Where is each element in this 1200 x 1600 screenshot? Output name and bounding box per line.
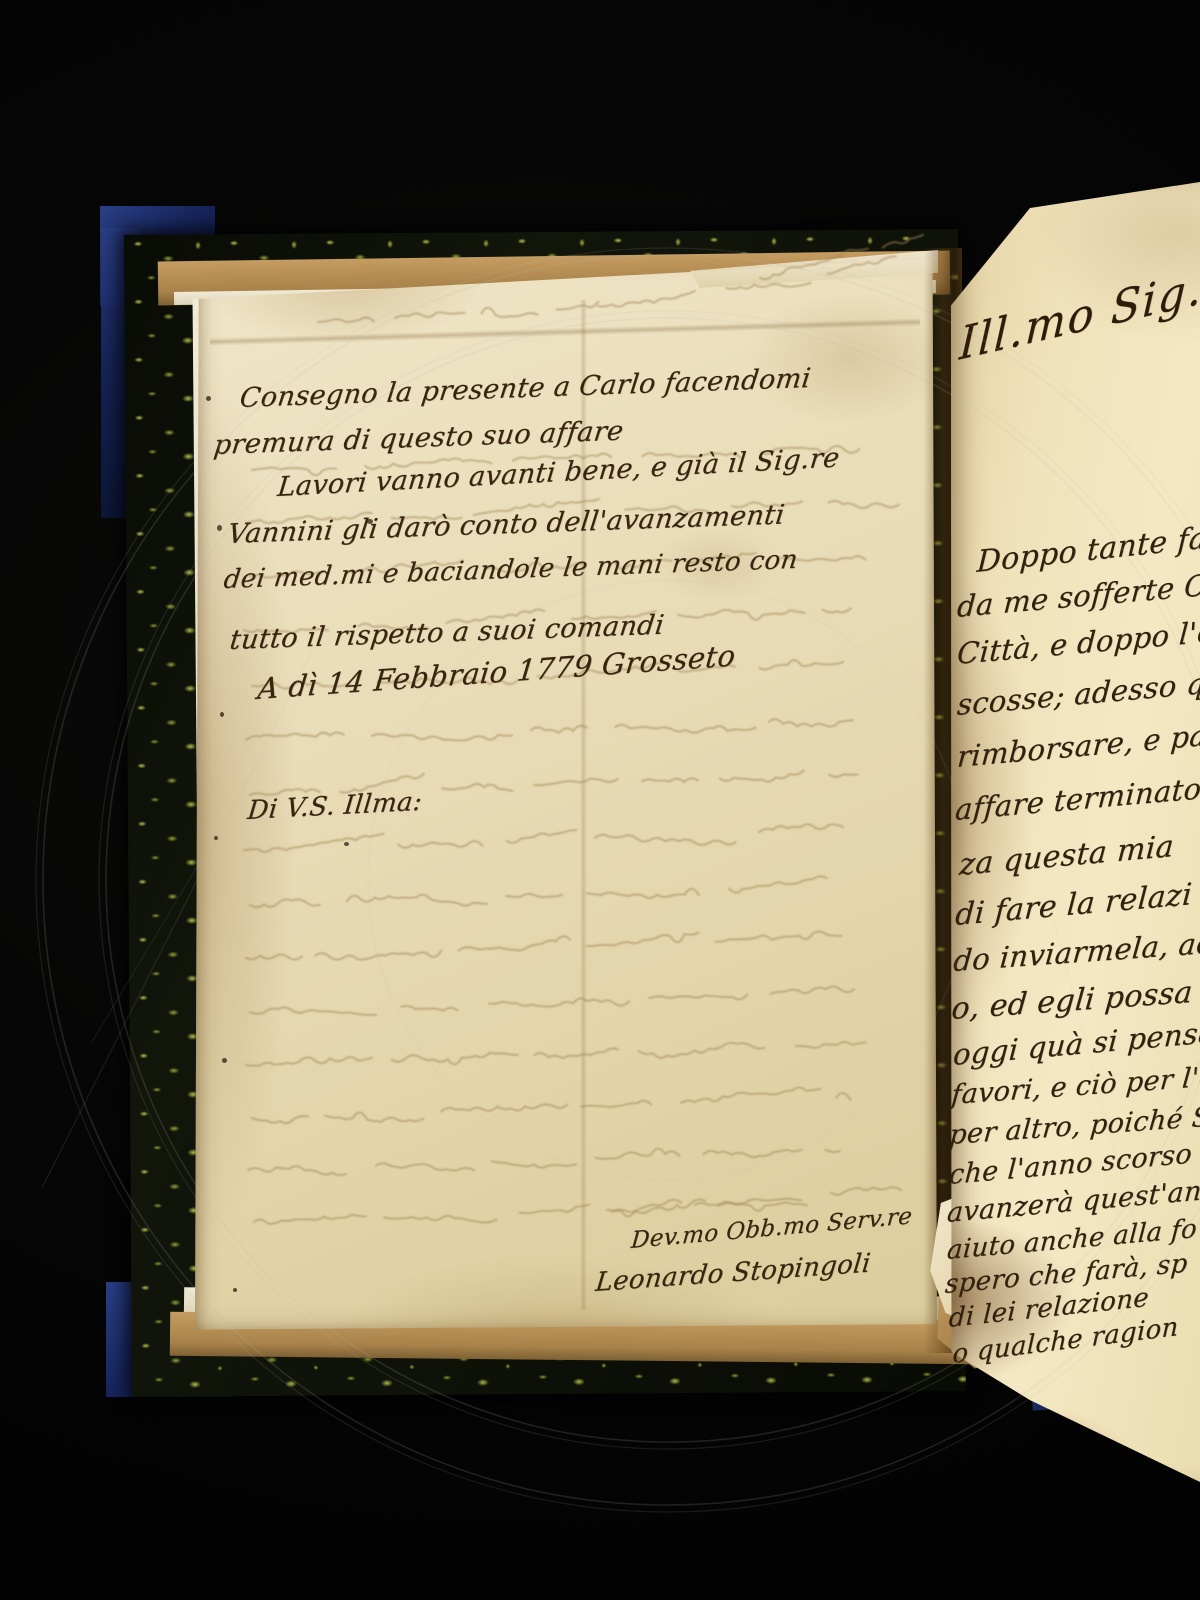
ink-speck: [206, 396, 211, 401]
ink-speck: [222, 1058, 227, 1063]
ink-speck: [217, 525, 222, 531]
manuscript-photograph: Consegno la presente a Carlo facendomipr…: [0, 0, 1200, 1600]
ink-speck: [220, 712, 224, 717]
ink-speck: [344, 842, 349, 846]
ink-speck: [214, 836, 218, 840]
ink-speck: [233, 1288, 237, 1292]
